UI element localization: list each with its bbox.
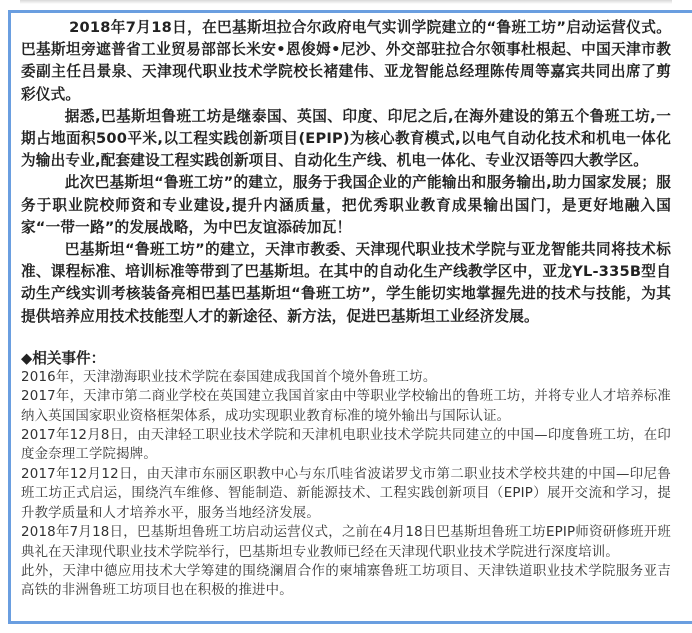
section-spacer: [21, 328, 671, 350]
related-events-heading: ◆相关事件：: [21, 350, 671, 368]
article-paragraph-3: 此次巴基斯坦“鲁班工坊”的建立，服务于我国企业的产能输出和服务输出,助力国家发展…: [21, 172, 671, 239]
article-box: 2018年7月18日，在巴基斯坦拉合尔政府电气实训学院建立的“鲁班工坊”启动运营…: [8, 10, 692, 624]
related-event-item: 2016年，天津渤海职业技术学院在泰国建成我国首个境外鲁班工坊。: [21, 368, 671, 387]
related-events-title: 相关事件：: [32, 350, 105, 367]
related-event-item: 此外，天津中德应用技术大学筹建的围绕澜眉合作的柬埔寨鲁班工坊项目、天津铁道职业技…: [21, 562, 671, 601]
related-event-item: 2018年7月18日，巴基斯坦鲁班工坊启动运营仪式，之前在4月18日巴基斯坦鲁班…: [21, 523, 671, 562]
article-content: 2018年7月18日，在巴基斯坦拉合尔政府电气实训学院建立的“鲁班工坊”启动运营…: [21, 17, 671, 601]
related-event-item: 2017年，天津市第二商业学校在英国建立我国首家由中等职业学校输出的鲁班工坊，并…: [21, 387, 671, 426]
article-paragraph-4: 巴基斯坦“鲁班工坊”的建立，天津市教委、天津现代职业技术学院与亚龙智能共同将技术…: [21, 239, 671, 328]
article-paragraph-1: 2018年7月18日，在巴基斯坦拉合尔政府电气实训学院建立的“鲁班工坊”启动运营…: [21, 17, 671, 106]
related-event-item: 2017年12月12日，由天津市东丽区职教中心与东爪哇省波诺罗戈市第二职业技术学…: [21, 465, 671, 523]
top-shadow-divider: [20, 0, 672, 4]
article-paragraph-2: 据悉,巴基斯坦鲁班工坊是继泰国、英国、印度、印尼之后,在海外建设的第五个鲁班工坊…: [21, 106, 671, 173]
related-event-item: 2017年12月8日，由天津轻工职业技术学院和天津机电职业技术学院共同建立的中国…: [21, 426, 671, 465]
diamond-bullet-icon: ◆: [21, 350, 32, 367]
